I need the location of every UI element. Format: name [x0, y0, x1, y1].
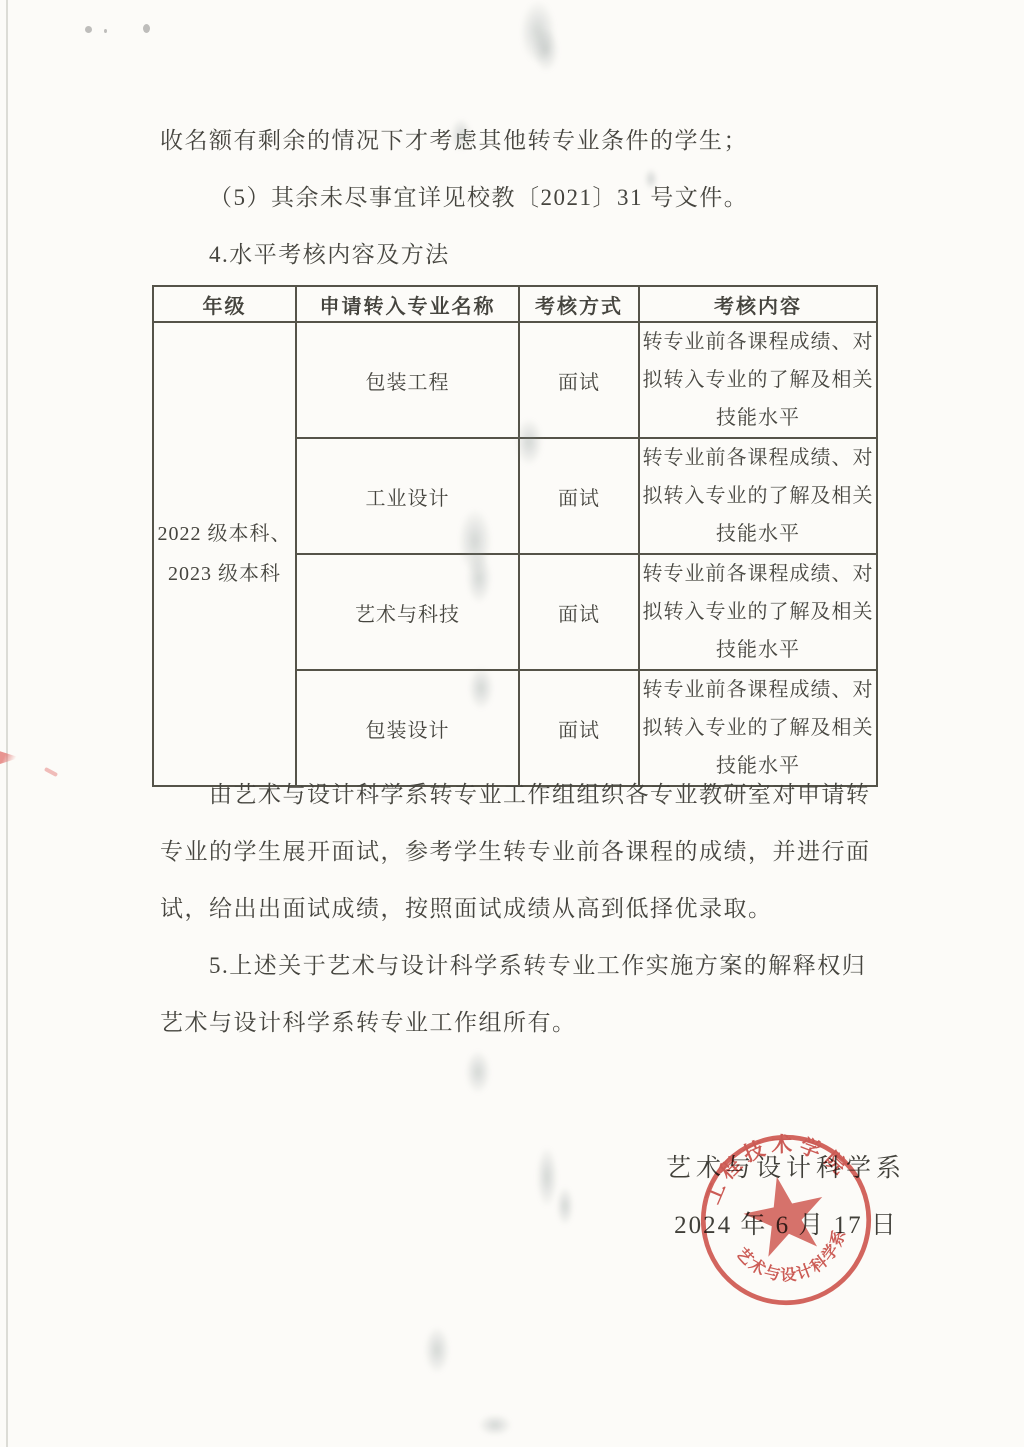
content-cell: 转专业前各课程成绩、对拟转入专业的了解及相关技能水平 [639, 322, 877, 438]
stamp-star-icon [737, 1168, 832, 1260]
doc-line: 5.上述关于艺术与设计科学系转专业工作实施方案的解释权归 [160, 937, 910, 994]
major-cell: 包装工程 [296, 322, 519, 438]
scan-smudge [520, 0, 556, 64]
content-cell: 转专业前各课程成绩、对拟转入专业的了解及相关技能水平 [639, 438, 877, 554]
bottom-paragraphs: 由艺术与设计科学系转专业工作组组织各专业教研室对申请转 专业的学生展开面试，参考… [160, 766, 910, 1051]
doc-line: 由艺术与设计科学系转专业工作组组织各专业教研室对申请转 [160, 766, 910, 823]
scan-speck [85, 26, 92, 33]
scan-speck [143, 24, 150, 33]
table-row: 2022 级本科、 2023 级本科 包装工程 面试 转专业前各课程成绩、对拟转… [153, 322, 877, 438]
grade-cell: 2022 级本科、 2023 级本科 [153, 322, 296, 786]
assessment-table: 年级 申请转入专业名称 考核方式 考核内容 2022 级本科、 2023 级本科… [152, 285, 878, 787]
scan-smudge [478, 1414, 512, 1436]
red-edge-dash [44, 767, 58, 777]
top-paragraphs: 收名额有剩余的情况下才考虑其他转专业条件的学生； （5）其余未尽事宜详见校教〔2… [160, 112, 910, 283]
doc-line: 试，给出出面试成绩，按照面试成绩从高到低择优录取。 [160, 880, 910, 937]
page-edge-line [6, 0, 8, 1447]
official-stamp: 工程技术学院 艺术与设计科学系 [675, 1109, 898, 1332]
section-heading: 4.水平考核内容及方法 [160, 226, 910, 283]
doc-line: 艺术与设计科学系转专业工作组所有。 [160, 994, 910, 1051]
major-cell: 艺术与科技 [296, 554, 519, 670]
doc-line: 收名额有剩余的情况下才考虑其他转专业条件的学生； [160, 112, 910, 169]
major-cell: 工业设计 [296, 438, 519, 554]
scan-smudge [424, 1326, 450, 1374]
red-edge-mark [0, 748, 20, 764]
col-header-grade: 年级 [153, 286, 296, 322]
scan-speck [104, 29, 107, 33]
scan-smudge [465, 1050, 491, 1094]
scan-smudge [556, 1186, 574, 1226]
col-header-method: 考核方式 [519, 286, 639, 322]
col-header-content: 考核内容 [639, 286, 877, 322]
content-cell: 转专业前各课程成绩、对拟转入专业的了解及相关技能水平 [639, 554, 877, 670]
scan-smudge [536, 1146, 558, 1208]
grade-line: 2022 级本科、 [158, 523, 292, 545]
col-header-major: 申请转入专业名称 [296, 286, 519, 322]
doc-line: 专业的学生展开面试，参考学生转专业前各课程的成绩，并进行面 [160, 823, 910, 880]
grade-line: 2023 级本科 [168, 563, 281, 585]
scanned-document-page: { "document": { "top_lines": [ { "text":… [0, 0, 1024, 1447]
method-cell: 面试 [519, 438, 639, 554]
table-header-row: 年级 申请转入专业名称 考核方式 考核内容 [153, 286, 877, 322]
method-cell: 面试 [519, 322, 639, 438]
doc-line: （5）其余未尽事宜详见校教〔2021〕31 号文件。 [160, 169, 910, 226]
method-cell: 面试 [519, 554, 639, 670]
scan-smudge [533, 28, 559, 72]
